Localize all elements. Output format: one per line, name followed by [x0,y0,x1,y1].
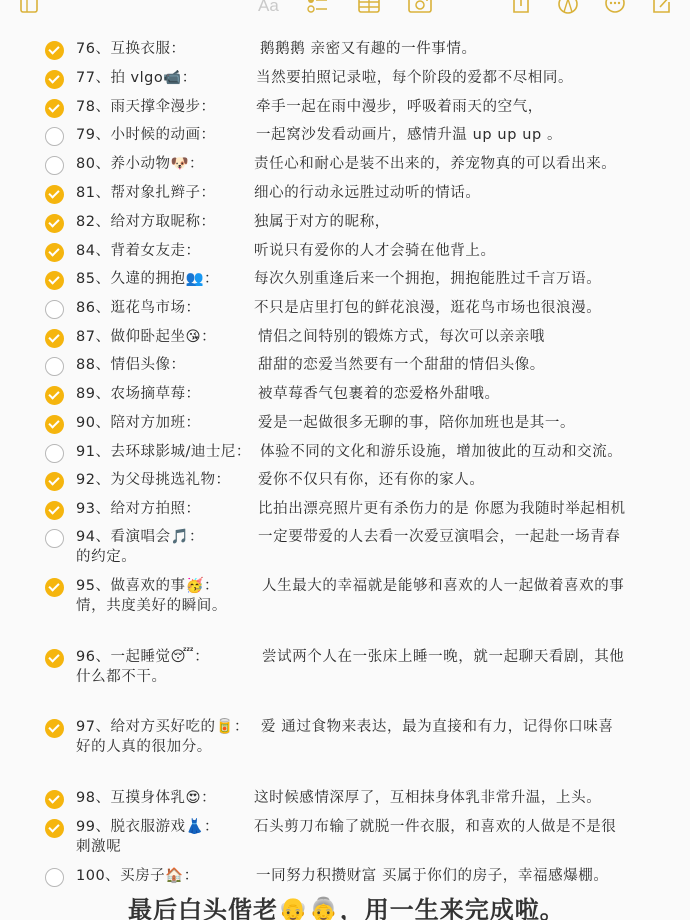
item-description: 一定要带爱的人去看一次爱豆演唱会，一起赴一场青春 [258,527,620,548]
item-label: 84、背着女友走： [76,241,200,262]
checkbox-unchecked[interactable] [45,156,64,175]
more-icon[interactable] [604,0,626,16]
checkbox-unchecked[interactable] [45,868,64,887]
checkbox-unchecked[interactable] [45,444,64,463]
checkbox-checked[interactable] [45,329,64,348]
item-description: 听说只有爱你的人才会骑在他背上。 [254,241,496,262]
checkbox-checked[interactable] [45,819,64,838]
item-description: 情侣之间特别的锻炼方式，每次可以亲亲哦 [258,327,545,348]
markup-pen-icon[interactable] [557,0,579,16]
item-description: 这时候感情深厚了，互相抹身体乳非常升温，上头。 [254,788,601,809]
checkbox-checked[interactable] [45,41,64,60]
item-description: 被草莓香气包裹着的恋爱格外甜哦。 [258,384,500,405]
item-description-wrap: 什么都不干。 [76,667,167,688]
checkbox-unchecked[interactable] [45,127,64,146]
checklist-icon[interactable] [307,0,329,16]
checkbox-checked[interactable] [45,271,64,290]
checkbox-checked[interactable] [45,214,64,233]
item-label: 85、久違的拥抱👥： [76,269,219,290]
checkbox-checked[interactable] [45,386,64,405]
item-description: 人生最大的幸福就是能够和喜欢的人一起做着喜欢的事 [262,576,624,597]
sidebar-icon[interactable] [18,0,40,16]
item-description-wrap: 的约定。 [76,547,136,568]
checkbox-checked[interactable] [45,472,64,491]
item-label: 100、买房子🏠： [76,866,199,887]
camera-icon[interactable] [408,0,432,16]
item-label: 96、一起睡觉😴： [76,647,209,668]
item-label: 94、看演唱会🎵： [76,527,204,548]
item-description: 体验不同的文化和游乐设施，增加彼此的互动和交流。 [260,442,622,463]
compose-icon[interactable] [651,0,673,16]
item-label: 81、帮对象扎辫子： [76,183,215,204]
item-description: 鹅鹅鹅 亲密又有趣的一件事情。 [260,39,477,60]
item-description: 一同努力积攒财富 买属于你们的房子，幸福感爆棚。 [256,866,609,887]
item-label: 92、为父母挑选礼物： [76,470,230,491]
notes-toolbar: Aa [0,0,690,22]
share-icon[interactable] [511,0,531,16]
checkbox-checked[interactable] [45,243,64,262]
item-description: 爱是一起做很多无聊的事，陪你加班也是其一。 [258,413,575,434]
item-description: 独属于对方的昵称， [254,212,390,233]
text-format-button[interactable]: Aa [258,0,279,17]
checkbox-checked[interactable] [45,415,64,434]
checkbox-checked[interactable] [45,719,64,738]
checkbox-checked[interactable] [45,578,64,597]
item-description: 尝试两个人在一张床上睡一晚，就一起聊天看剧，其他 [262,647,624,668]
item-description: 石头剪刀布输了就脱一件衣服，和喜欢的人做是不是很 [254,817,616,838]
item-description: 牵手一起在雨中漫步，呼吸着雨天的空气， [256,97,543,118]
item-label: 78、雨天撑伞漫步： [76,97,215,118]
item-label: 93、给对方拍照： [76,499,200,520]
item-description-wrap: 刺激呢 [76,837,121,858]
checkbox-checked[interactable] [45,99,64,118]
item-label: 95、做喜欢的事🥳： [76,576,219,597]
checkbox-checked[interactable] [45,185,64,204]
item-description: 细心的行动永远胜过动听的情话。 [254,183,481,204]
item-description-wrap: 情，共度美好的瞬间。 [76,596,227,617]
item-label: 89、农场摘草莓： [76,384,200,405]
item-description: 当然要拍照记录啦，每个阶段的爱都不尽相同。 [256,68,573,89]
item-description: 爱 通过食物来表达，最为直接和有力，记得你口味喜 [261,717,614,738]
item-description: 爱你不仅只有你，还有你的家人。 [258,470,485,491]
item-description: 一起窝沙发看动画片，感情升温 up up up 。 [256,125,562,146]
checkbox-checked[interactable] [45,501,64,520]
item-label: 87、做仰卧起坐😘： [76,327,216,348]
item-label: 97、给对方买好吃的🥫： [76,717,249,738]
checkbox-unchecked[interactable] [45,357,64,376]
item-label: 90、陪对方加班： [76,413,200,434]
checkbox-checked[interactable] [45,649,64,668]
item-description: 每次久别重逢后来一个拥抱，拥抱能胜过千言万语。 [254,269,601,290]
item-label: 86、逛花鸟市场： [76,298,200,319]
item-description: 甜甜的恋爱当然要有一个甜甜的情侣头像。 [258,355,545,376]
item-label: 76、互换衣服： [76,39,185,60]
item-label: 80、养小动物🐶： [76,154,204,175]
item-description: 比拍出漂亮照片更有杀伤力的是 你愿为我随时举起相机 [258,499,626,520]
checkbox-checked[interactable] [45,70,64,89]
checkbox-unchecked[interactable] [45,300,64,319]
checkbox-checked[interactable] [45,790,64,809]
item-label: 88、情侣头像： [76,355,185,376]
item-label: 99、脱衣服游戏👗： [76,817,219,838]
item-label: 98、互摸身体乳😍： [76,788,216,809]
closing-caption: 最后白头偕老👴👵，用一生来完成啦。 [128,890,588,920]
item-label: 91、去环球影城/迪士尼： [76,442,251,463]
checkbox-unchecked[interactable] [45,529,64,548]
item-description-wrap: 好的人真的很加分。 [76,737,212,758]
item-label: 82、给对方取昵称： [76,212,215,233]
item-description: 不只是店里打包的鲜花浪漫，逛花鸟市场也很浪漫。 [254,298,601,319]
table-icon[interactable] [358,0,380,16]
item-label: 79、小时候的动画： [76,125,215,146]
item-description: 责任心和耐心是装不出来的，养宠物真的可以看出来。 [254,154,616,175]
item-label: 77、拍 vlgo📹： [76,68,197,89]
